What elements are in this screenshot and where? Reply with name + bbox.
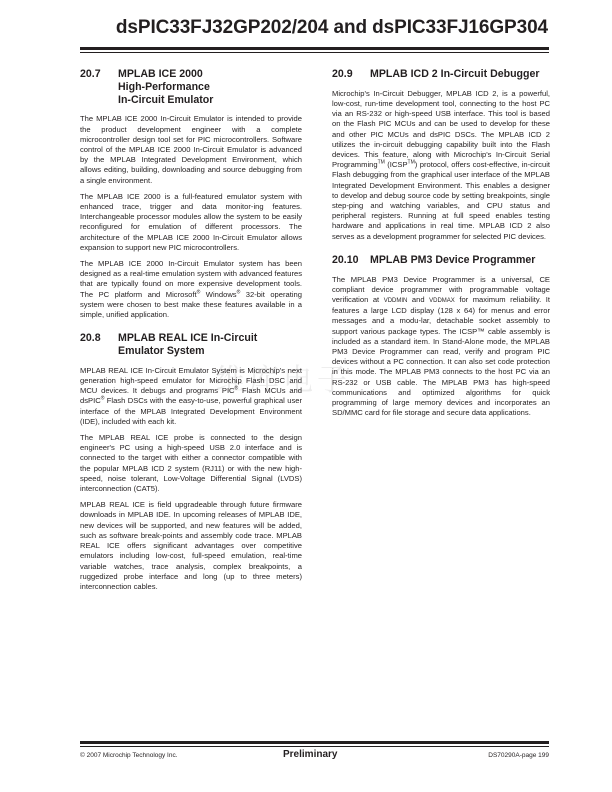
footer-rule-thick [80,741,549,744]
section-title: MPLAB ICD 2 In-Circuit Debugger [370,68,550,81]
title-line: MPLAB ICE 2000 [118,68,203,80]
footer-rule-thin [80,746,549,747]
section-number: 20.9 [332,68,370,81]
paragraph: The MPLAB PM3 Device Programmer is a uni… [332,275,550,419]
copyright: © 2007 Microchip Technology Inc. [80,752,178,759]
page-footer: © 2007 Microchip Technology Inc. Prelimi… [80,752,549,759]
paragraph: The MPLAB ICE 2000 In-Circuit Emulator s… [80,259,302,320]
header-rule-thin [80,52,549,53]
paragraph: MPLAB REAL ICE is field upgradeable thro… [80,500,302,592]
right-column: 20.9 MPLAB ICD 2 In-Circuit Debugger Mic… [332,68,550,424]
section-20-7-heading: 20.7 MPLAB ICE 2000 High-Performance In-… [80,68,302,106]
section-title: MPLAB ICE 2000 High-Performance In-Circu… [118,68,302,106]
title-line: MPLAB REAL ICE In-Circuit [118,332,257,344]
header-rule-thick [80,47,549,50]
section-title: MPLAB REAL ICE In-Circuit Emulator Syste… [118,332,302,358]
paragraph: The MPLAB REAL ICE probe is connected to… [80,433,302,494]
paragraph: MPLAB REAL ICE In-Circuit Emulator Syste… [80,366,302,427]
document-title: dsPIC33FJ32GP202/204 and dsPIC33FJ16GP30… [116,17,548,39]
section-number: 20.7 [80,68,118,106]
title-line: High-Performance [118,81,210,93]
preliminary-label: Preliminary [283,749,337,760]
paragraph: The MPLAB ICE 2000 is a full-featured em… [80,192,302,253]
section-number: 20.8 [80,332,118,358]
section-number: 20.10 [332,254,370,267]
section-title: MPLAB PM3 Device Programmer [370,254,550,267]
section-20-10-heading: 20.10 MPLAB PM3 Device Programmer [332,254,550,267]
paragraph: Microchip's In-Circuit Debugger, MPLAB I… [332,89,550,242]
title-line: In-Circuit Emulator [118,94,213,106]
left-column: 20.7 MPLAB ICE 2000 High-Performance In-… [80,68,302,598]
section-20-9-heading: 20.9 MPLAB ICD 2 In-Circuit Debugger [332,68,550,81]
section-20-8-heading: 20.8 MPLAB REAL ICE In-Circuit Emulator … [80,332,302,358]
title-line: Emulator System [118,345,205,357]
page-number: DS70290A-page 199 [488,752,549,759]
paragraph: The MPLAB ICE 2000 In-Circuit Emulator i… [80,114,302,185]
